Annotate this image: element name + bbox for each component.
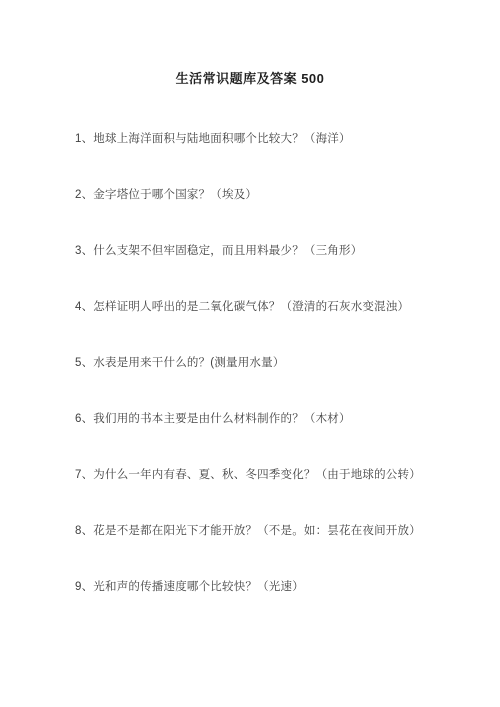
question-line-8: 8、花是不是都在阳光下才能开放？（不是。如：昙花在夜间开放） (75, 523, 470, 539)
question-line-3: 3、什么支架不但牢固稳定，而且用料最少？（三角形） (75, 243, 470, 259)
question-line-7: 7、为什么一年内有春、夏、秋、冬四季变化？（由于地球的公转） (75, 467, 470, 483)
question-line-6: 6、我们用的书本主要是由什么材料制作的？（木材） (75, 411, 470, 427)
question-line-5: 5、水表是用来干什么的？(测量用水量） (75, 355, 470, 371)
question-line-2: 2、金字塔位于哪个国家？（埃及） (75, 187, 470, 203)
question-list: 1、地球上海洋面积与陆地面积哪个比较大？（海洋） 2、金字塔位于哪个国家？（埃及… (75, 131, 470, 595)
question-line-9: 9、光和声的传播速度哪个比较快？（光速） (75, 579, 470, 595)
question-line-1: 1、地球上海洋面积与陆地面积哪个比较大？（海洋） (75, 131, 470, 147)
document-title: 生活常识题库及答案 500 (0, 0, 500, 87)
document-page: 生活常识题库及答案 500 1、地球上海洋面积与陆地面积哪个比较大？（海洋） 2… (0, 0, 500, 707)
question-line-4: 4、怎样证明人呼出的是二氧化碳气体？（澄清的石灰水变混浊） (75, 299, 470, 315)
